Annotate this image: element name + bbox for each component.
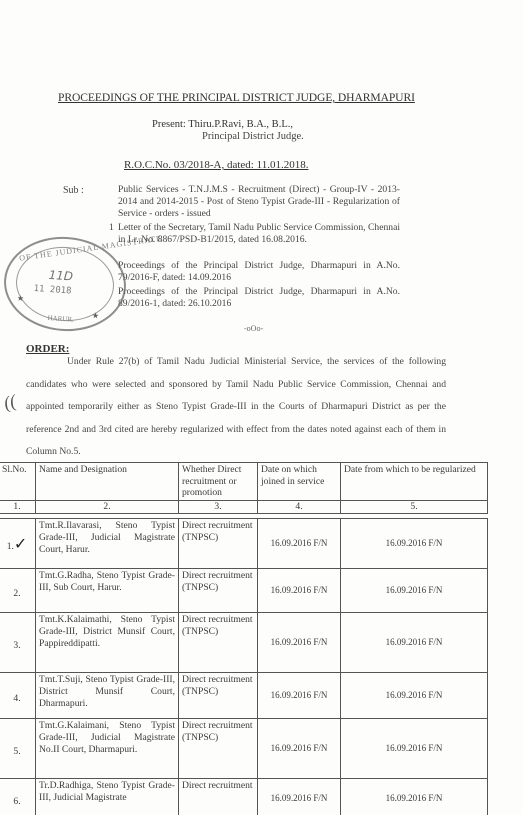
cell-date-regularized: 16.09.2016 F/N <box>341 718 488 778</box>
reference-2: Proceedings of the Principal District Ju… <box>118 260 400 284</box>
column-number-row: 1. 2. 3. 4. 5. <box>0 500 488 513</box>
stamp-bottom-text: HARUR. <box>47 314 74 324</box>
checkmark-icon: ✓ <box>14 534 27 553</box>
subject-label: Sub : <box>63 185 84 196</box>
header-recruitment-mode: Whether Direct recruitment or promotion <box>179 463 258 501</box>
cell-date-joined: 16.09.2016 F/N <box>258 718 341 778</box>
cell-sl-no: 3. <box>0 612 36 672</box>
roc-text: R.O.C.No. 03/2018-A, dated: 11.01.2018. <box>124 159 308 171</box>
cell-sl-no: 2. <box>0 568 36 612</box>
header-date-joined: Date on which joined in service <box>258 463 341 501</box>
table-row: 2. Tmt.G.Radha, Steno Typist Grade-III, … <box>0 568 488 612</box>
margin-annotation: (( <box>1 391 18 414</box>
column-number: 1. <box>0 500 36 513</box>
present-line: Present: Thiru.P.Ravi, B.A., B.L., <box>152 119 293 130</box>
office-seal-stamp: OF THE JUDICIAL MAGISTRATE 11D 11 2018 ★… <box>1 233 129 335</box>
cell-recruitment-mode: Direct recruitment (TNPSC) <box>179 518 258 568</box>
table-row: 5. Tmt.G.Kalaimani, Steno Typist Grade-I… <box>0 718 488 778</box>
table-row: 6. Tr.D.Radhiga, Steno Typist Grade-III,… <box>0 778 488 815</box>
table-header-row: Sl.No. Name and Designation Whether Dire… <box>0 463 488 501</box>
reference-text: Proceedings of the Principal District Ju… <box>118 286 400 309</box>
cell-name-designation: Tmt.G.Kalaimani, Steno Typist Grade-III,… <box>36 718 179 778</box>
table-row: 4. Tmt.T.Suji, Steno Typist Grade-III, D… <box>0 672 488 718</box>
reference-text: Proceedings of the Principal District Ju… <box>118 260 400 283</box>
header-date-regularized: Date from which to be regularized <box>341 463 488 501</box>
sl-number: 2. <box>13 588 20 599</box>
cell-recruitment-mode: Direct recruitment (TNPSC) <box>179 612 258 672</box>
document-title: PROCEEDINGS OF THE PRINCIPAL DISTRICT JU… <box>58 91 415 104</box>
star-icon: ★ <box>17 294 25 303</box>
cell-date-regularized: 16.09.2016 F/N <box>341 518 488 568</box>
roc-number: R.O.C.No. 03/2018-A, dated: 11.01.2018. <box>124 159 308 171</box>
cell-sl-no: 6. <box>0 778 36 815</box>
present-label: Present: <box>152 119 186 130</box>
regularization-table: Sl.No. Name and Designation Whether Dire… <box>0 462 488 815</box>
cell-sl-no: 1.✓ <box>0 518 36 568</box>
table-row: 3. Tmt.K.Kalaimathi, Steno Typist Grade-… <box>0 612 488 672</box>
cell-date-joined: 16.09.2016 F/N <box>258 518 341 568</box>
cell-date-regularized: 16.09.2016 F/N <box>341 672 488 718</box>
cell-name-designation: Tmt.G.Radha, Steno Typist Grade-III, Sub… <box>36 568 179 612</box>
cell-recruitment-mode: Direct recruitment <box>179 778 258 815</box>
cell-recruitment-mode: Direct recruitment (TNPSC) <box>179 672 258 718</box>
cell-name-designation: Tmt.K.Kalaimathi, Steno Typist Grade-III… <box>36 612 179 672</box>
cell-date-regularized: 16.09.2016 F/N <box>341 612 488 672</box>
cell-date-regularized: 16.09.2016 F/N <box>341 568 488 612</box>
subject-text: Public Services - T.N.J.M.S - Recruitmen… <box>118 184 400 220</box>
stamp-id: 11D <box>48 268 73 284</box>
cell-name-designation: Tmt.T.Suji, Steno Typist Grade-III, Dist… <box>36 672 179 718</box>
sl-number: 3. <box>13 640 20 651</box>
cell-date-joined: 16.09.2016 F/N <box>258 612 341 672</box>
present-designation: Principal District Judge. <box>202 131 304 142</box>
header-sl-no: Sl.No. <box>0 463 36 501</box>
cell-date-regularized: 16.09.2016 F/N <box>341 778 488 815</box>
sl-number: 6. <box>13 796 20 807</box>
sl-number: 5. <box>13 746 20 757</box>
header-name-designation: Name and Designation <box>36 463 179 501</box>
present-name: Thiru.P.Ravi, B.A., B.L., <box>188 119 293 130</box>
cell-recruitment-mode: Direct recruitment (TNPSC) <box>179 718 258 778</box>
cell-sl-no: 5. <box>0 718 36 778</box>
cell-sl-no: 4. <box>0 672 36 718</box>
order-paragraph: Under Rule 27(b) of Tamil Nadu Judicial … <box>26 351 446 464</box>
cell-date-joined: 16.09.2016 F/N <box>258 778 341 815</box>
reference-3: Proceedings of the Principal District Ju… <box>118 286 400 310</box>
table-row: 1.✓ Tmt.R.Ilavarasi, Steno Typist Grade-… <box>0 518 488 568</box>
column-number: 2. <box>36 500 179 513</box>
reference-number: 1 <box>109 222 114 234</box>
cell-recruitment-mode: Direct recruitment (TNPSC) <box>179 568 258 612</box>
column-number: 5. <box>341 500 488 513</box>
cell-name-designation: Tmt.R.Ilavarasi, Steno Typist Grade-III,… <box>36 518 179 568</box>
cell-name-designation: Tr.D.Radhiga, Steno Typist Grade-III, Ju… <box>36 778 179 815</box>
sl-number: 4. <box>13 693 20 704</box>
cell-date-joined: 16.09.2016 F/N <box>258 568 341 612</box>
column-number: 3. <box>179 500 258 513</box>
star-icon: ★ <box>92 311 100 320</box>
column-number: 4. <box>258 500 341 513</box>
sl-number: 1. <box>7 541 14 552</box>
cell-date-joined: 16.09.2016 F/N <box>258 672 341 718</box>
separator-mark: -oOo- <box>244 324 263 333</box>
